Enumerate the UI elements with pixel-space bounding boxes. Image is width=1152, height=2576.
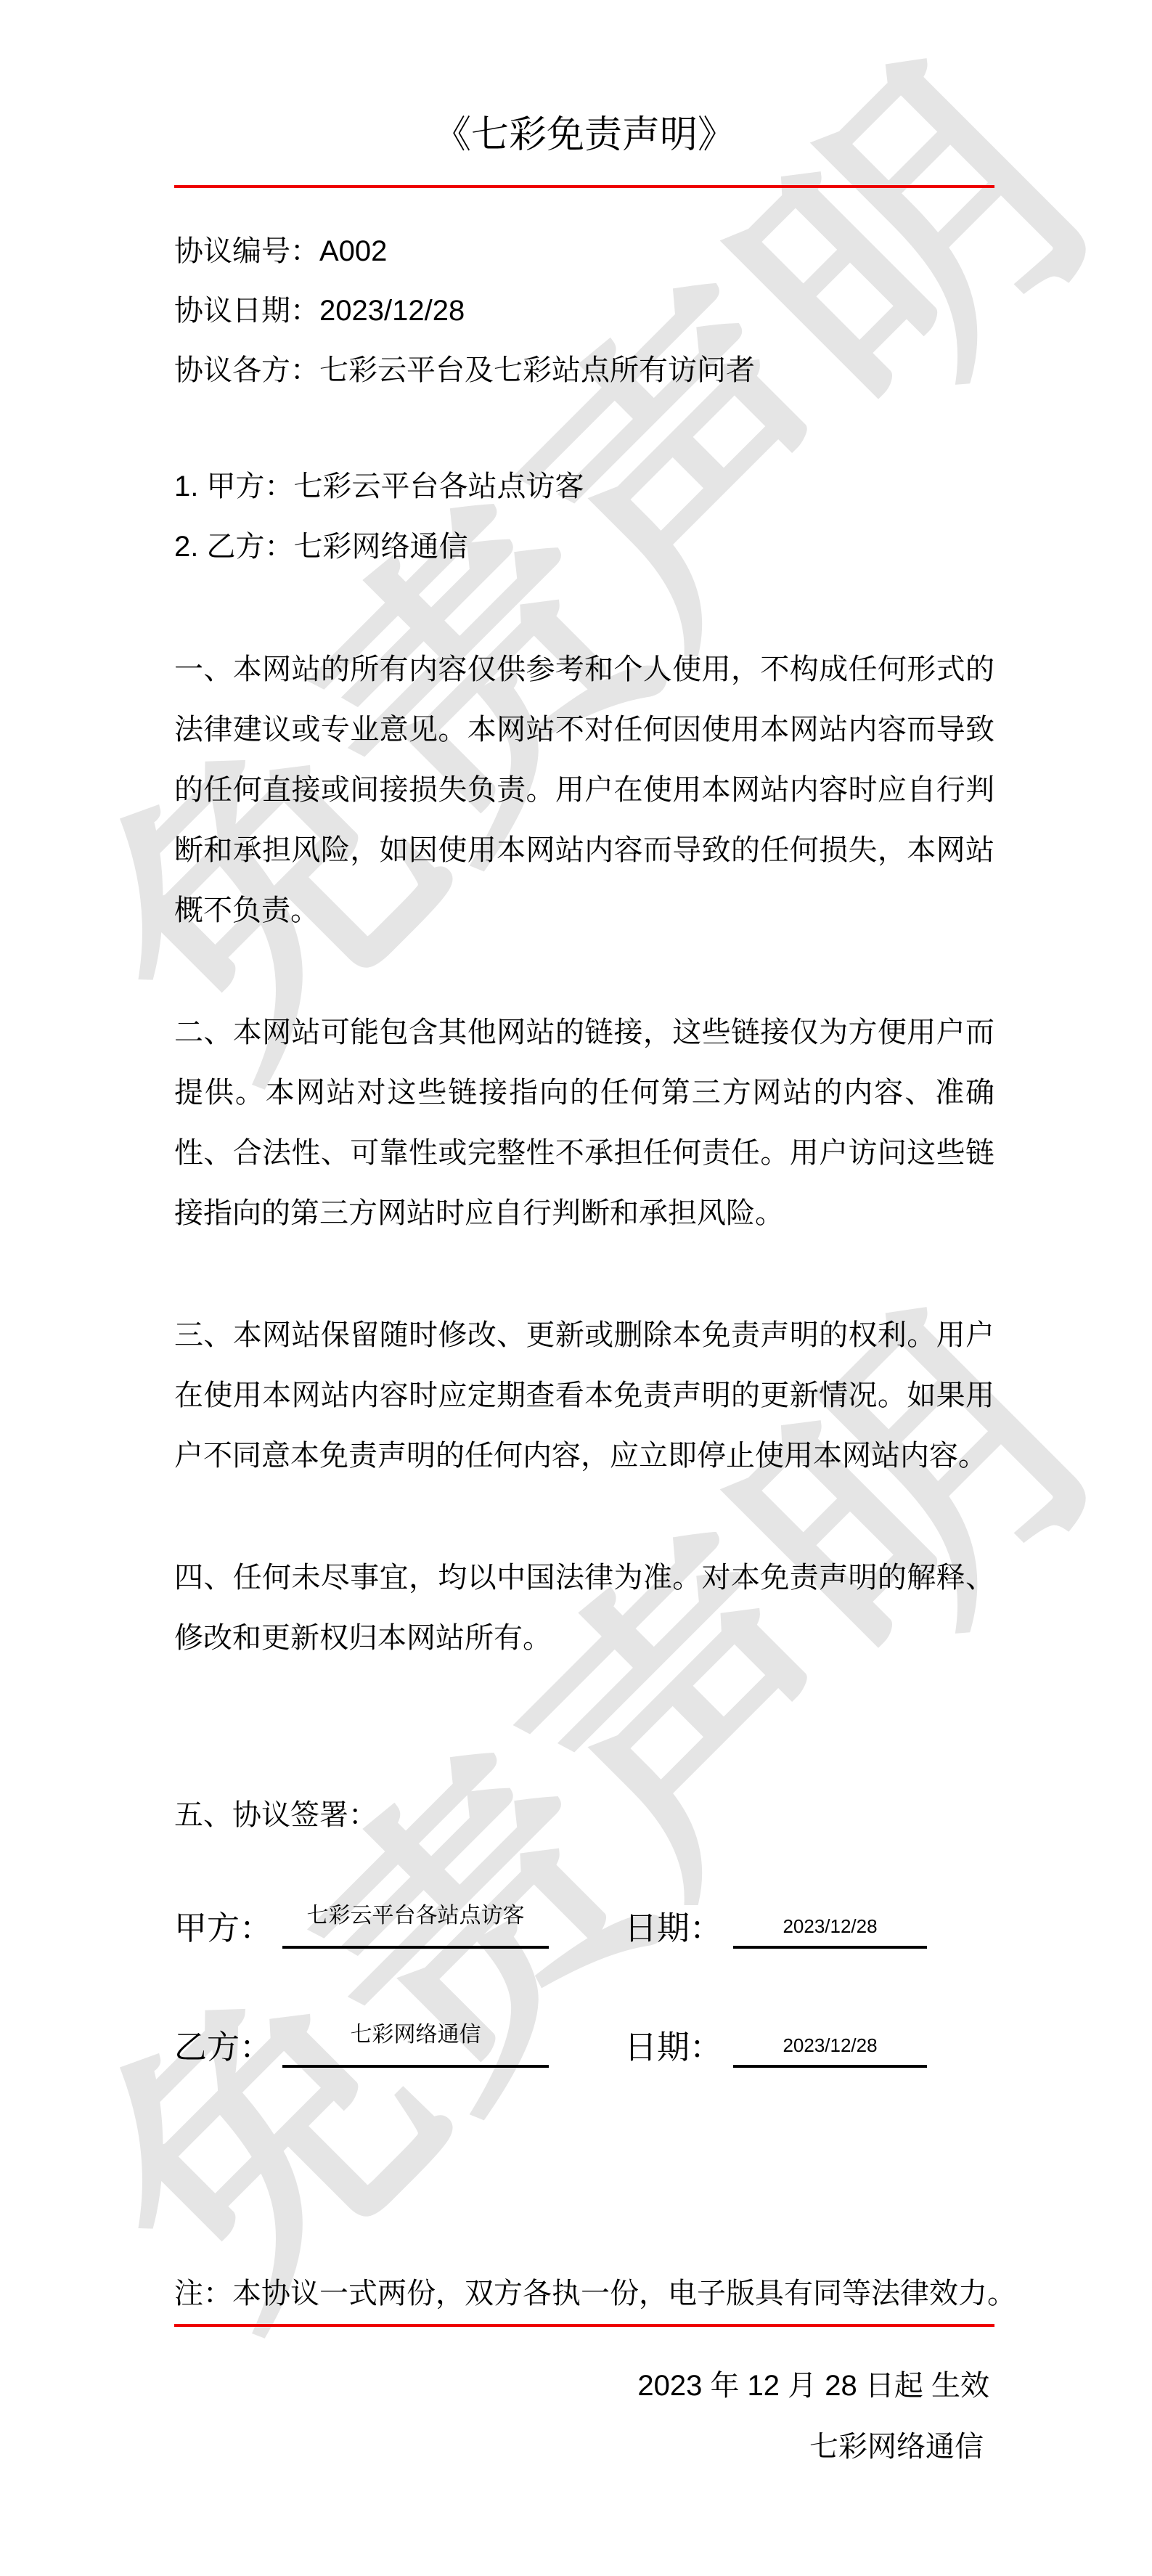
document-content: 《七彩免责声明》 协议编号：A002 协议日期：2023/12/28 协议各方：… bbox=[0, 0, 1152, 2477]
party-a-signature-line: 七彩云平台各站点访客 bbox=[282, 1882, 549, 1949]
signature-section-heading: 五、协议签署： bbox=[174, 1785, 994, 1846]
party-b-line: 2. 乙方：七彩网络通信 bbox=[174, 517, 994, 577]
party-b-signature-name: 七彩网络通信 bbox=[351, 2023, 481, 2065]
party-a-signature-name: 七彩云平台各站点访客 bbox=[307, 1904, 525, 1946]
clause-3: 三、本网站保留随时修改、更新或删除本免责声明的权利。用户在使用本网站内容时应定期… bbox=[174, 1305, 994, 1486]
party-b-date-line: 2023/12/28 bbox=[733, 2001, 927, 2068]
clause-1: 一、本网站的所有内容仅供参考和个人使用，不构成任何形式的法律建议或专业意见。本网… bbox=[174, 640, 994, 941]
party-a-date-value: 2023/12/28 bbox=[783, 1915, 877, 1946]
party-b-date-value: 2023/12/28 bbox=[783, 2034, 877, 2065]
clause-list: 一、本网站的所有内容仅供参考和个人使用，不构成任何形式的法律建议或专业意见。本网… bbox=[174, 640, 994, 1668]
party-a-date-label: 日期： bbox=[624, 1908, 722, 1949]
title-divider bbox=[174, 185, 994, 188]
party-b-signature-line: 七彩网络通信 bbox=[282, 2001, 549, 2068]
party-a-signature-label: 甲方： bbox=[174, 1908, 272, 1949]
signature-row-party-b: 乙方： 七彩网络通信 日期： 2023/12/28 bbox=[174, 2004, 994, 2068]
clause-4: 四、任何未尽事宜，均以中国法律为准。对本免责声明的解释、修改和更新权归本网站所有… bbox=[174, 1548, 994, 1668]
agreement-date-line: 协议日期：2023/12/28 bbox=[174, 281, 994, 341]
party-a-line: 1. 甲方：七彩云平台各站点访客 bbox=[174, 457, 994, 517]
clause-2: 二、本网站可能包含其他网站的链接，这些链接仅为方便用户而提供。本网站对这些链接指… bbox=[174, 1003, 994, 1244]
agreement-parties-line: 协议各方：七彩云平台及七彩站点所有访问者 bbox=[174, 341, 994, 400]
agreement-number-line: 协议编号：A002 bbox=[174, 221, 994, 281]
party-b-signature-label: 乙方： bbox=[174, 2027, 272, 2068]
company-name: 七彩网络通信 bbox=[174, 2416, 994, 2477]
party-b-date-label: 日期： bbox=[624, 2027, 722, 2068]
party-list: 1. 甲方：七彩云平台各站点访客 2. 乙方：七彩网络通信 bbox=[174, 457, 994, 577]
document-title: 《七彩免责声明》 bbox=[174, 0, 994, 157]
party-a-date-line: 2023/12/28 bbox=[733, 1882, 927, 1949]
agreement-meta: 协议编号：A002 协议日期：2023/12/28 协议各方：七彩云平台及七彩站… bbox=[174, 221, 994, 400]
note-divider bbox=[174, 2324, 994, 2327]
effective-date-line: 2023 年 12 月 28 日起 生效 bbox=[174, 2355, 994, 2416]
note-line: 注：本协议一式两份，双方各执一份，电子版具有同等法律效力。 bbox=[174, 2265, 994, 2323]
signature-row-party-a: 甲方： 七彩云平台各站点访客 日期： 2023/12/28 bbox=[174, 1885, 994, 1949]
document-page: 免责声明 免责声明 《七彩免责声明》 协议编号：A002 协议日期：2023/1… bbox=[0, 0, 1152, 2576]
